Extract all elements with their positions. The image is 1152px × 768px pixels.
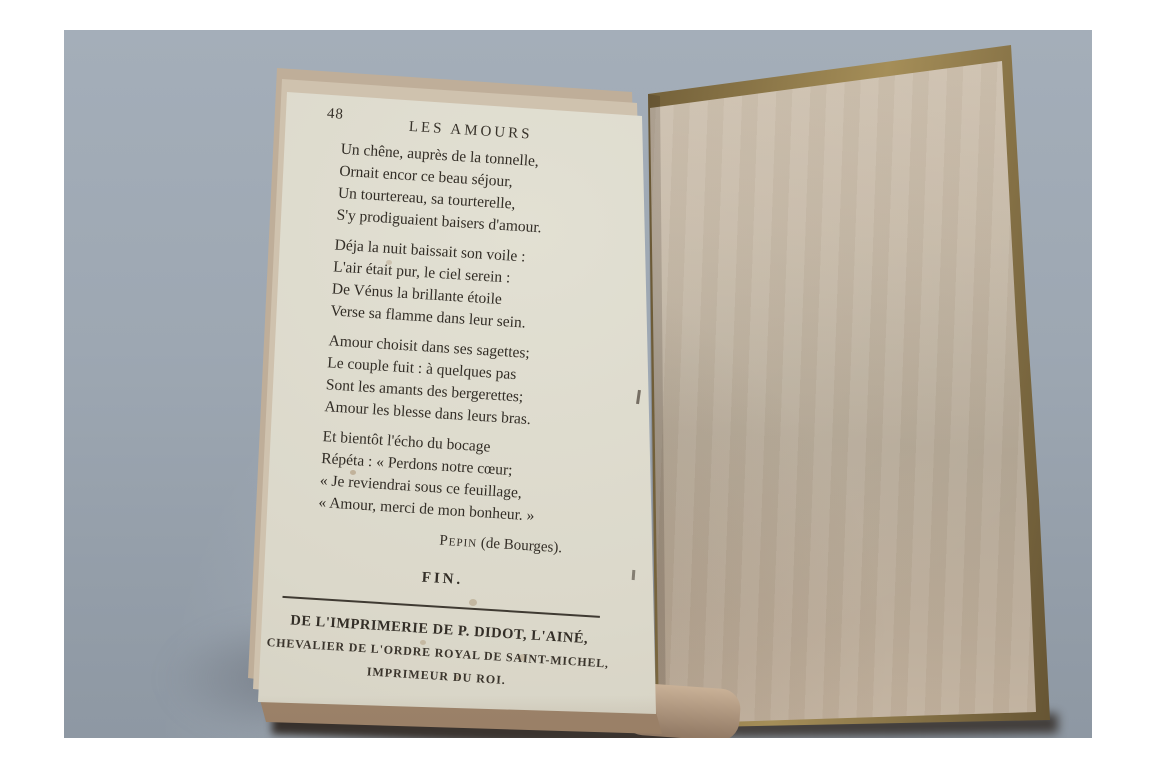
- fin-label: FIN.: [270, 557, 616, 601]
- left-page-text: 48 LES AMOURS Un chêne, auprès de la ton…: [263, 96, 644, 699]
- poem-stanza-1: Un chêne, auprès de la tonnelle, Ornait …: [292, 136, 642, 245]
- attribution-name: Pepin: [439, 533, 478, 551]
- page-number: 48: [326, 106, 344, 124]
- poem-stanza-2: Déja la nuit baissait son voile : L'air …: [286, 232, 636, 341]
- photo-background: 48 LES AMOURS Un chêne, auprès de la ton…: [64, 30, 1092, 738]
- poem-stanza-3: Amour choisit dans ses sagettes; Le coup…: [280, 328, 630, 437]
- poem-stanza-4: Et bientôt l'écho du bocage Répéta : « P…: [274, 423, 624, 532]
- attribution-place: (de Bourges).: [480, 535, 562, 556]
